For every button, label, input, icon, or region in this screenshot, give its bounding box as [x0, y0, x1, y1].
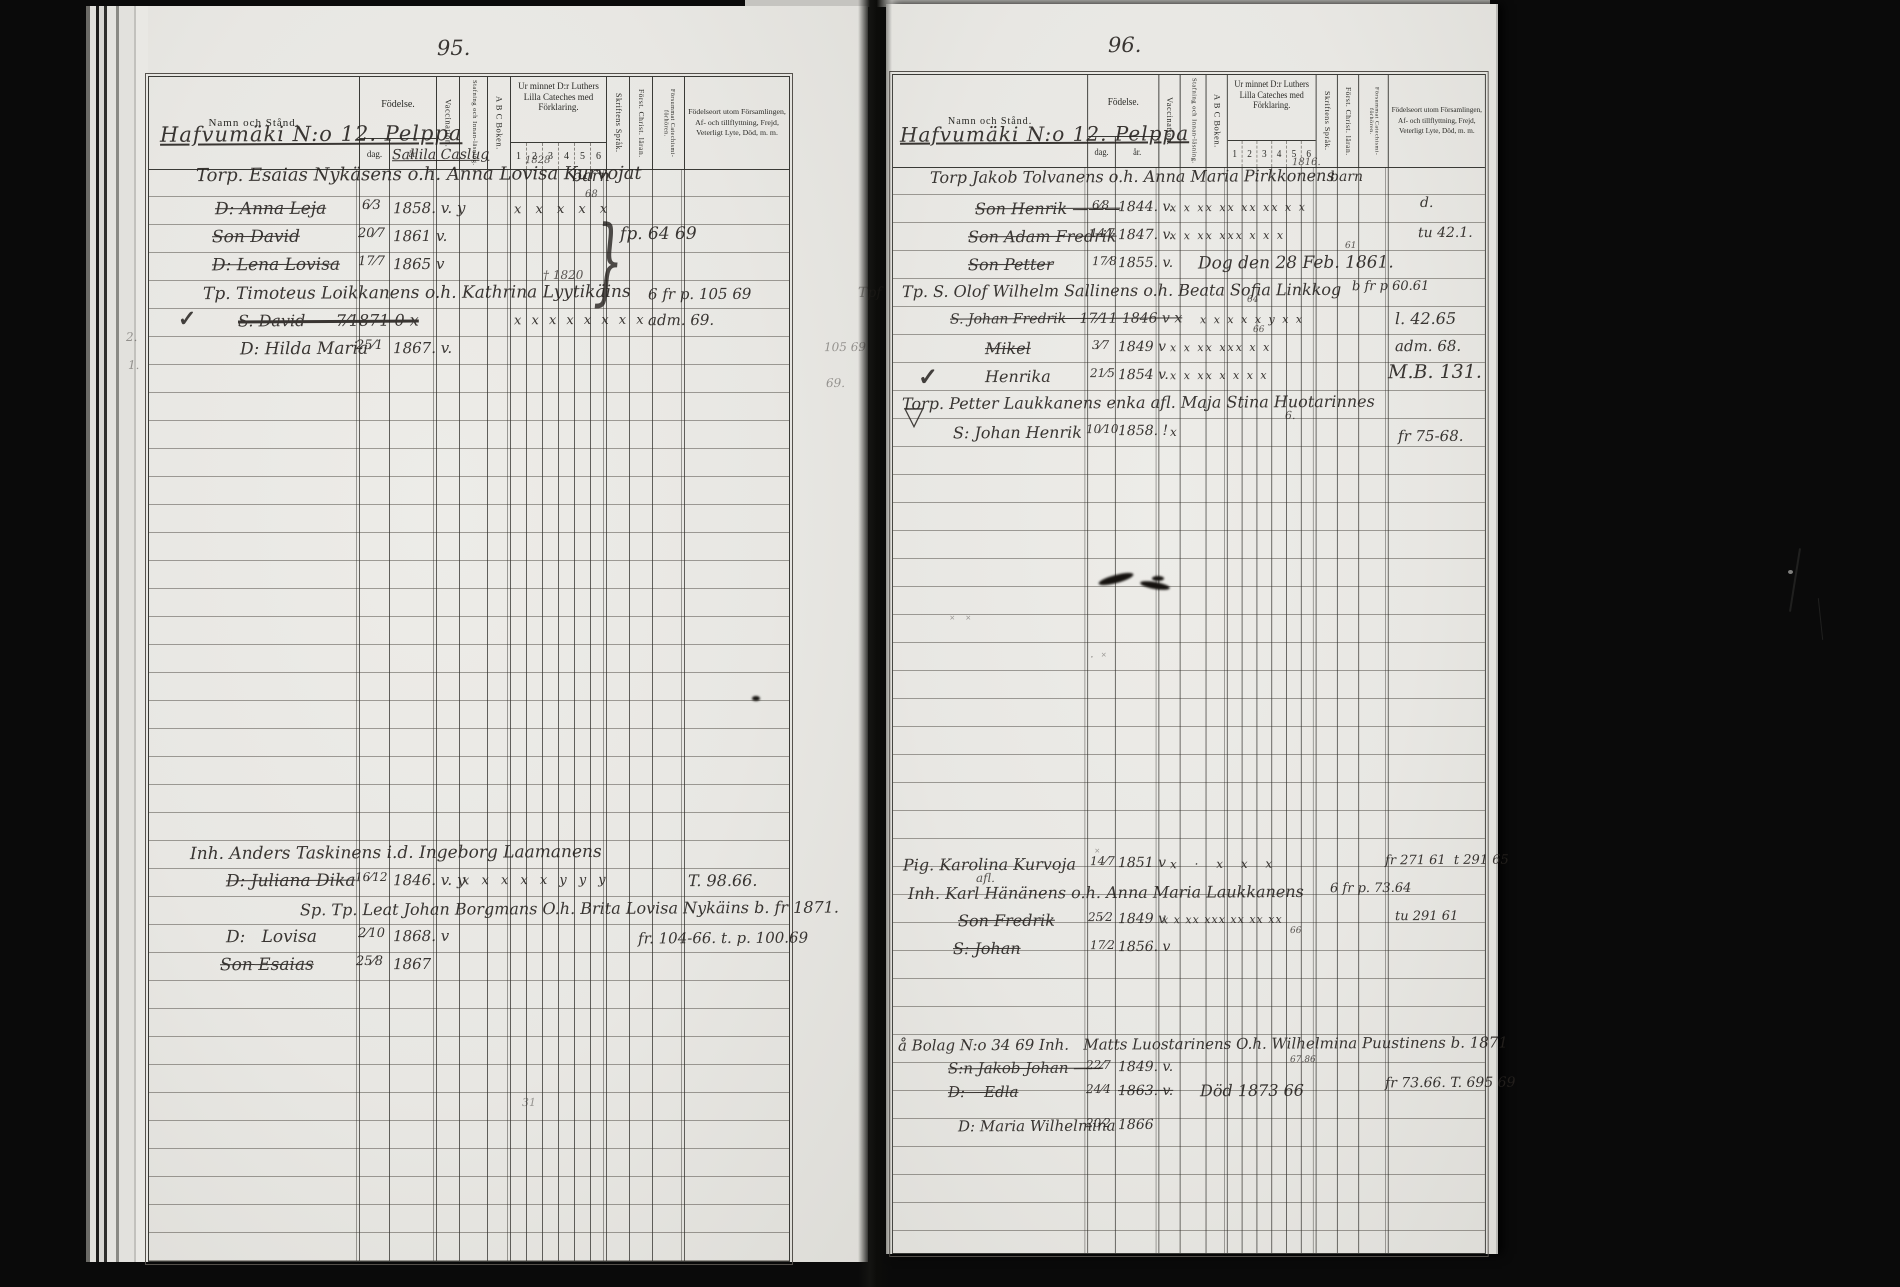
column-rule: [436, 169, 437, 1261]
column-rule: [652, 169, 653, 1261]
page-96: Namn och Stånd. Födelse. dag. år. Vaccin…: [886, 4, 1496, 1254]
col-header-script: Skriftens Språk.: [1316, 75, 1337, 167]
column-rule: [1337, 167, 1338, 1253]
column-rule: [684, 169, 685, 1261]
col-header-spelling: Stafning och Innan-läsning.: [1180, 75, 1206, 167]
table-header: Namn och Stånd. Födelse. dag. år. Vaccin…: [893, 75, 1485, 168]
col-header-name-label: Namn och Stånd.: [208, 117, 299, 129]
column-rule: [1115, 167, 1116, 1253]
column-rule: [542, 169, 543, 1261]
column-rule: [590, 169, 591, 1261]
col-header-missed: Försummat Catechismi-förhören.: [1358, 75, 1388, 167]
photo-scratch: [1818, 598, 1823, 640]
column-rule: [1286, 167, 1287, 1253]
page-95: Namn och Stånd. Födelse. dag. år. Vaccin…: [86, 6, 868, 1262]
column-rule: [1087, 167, 1088, 1253]
column-rule: [1180, 167, 1181, 1253]
col-header-spelling: Stafning och Innan-läsning.: [459, 77, 487, 169]
col-header-birth-year: år.: [1116, 137, 1159, 167]
col-header-abc: A B C Boken.: [1206, 75, 1227, 167]
col-header-vaccination: Vaccination.: [436, 77, 459, 169]
column-rule: [1158, 167, 1159, 1253]
col-header-name-label: Namn och Stånd.: [948, 115, 1032, 127]
col-header-catechism: Ur minnet D:r Luthers Lilla Cateches med…: [510, 77, 606, 169]
column-rule: [510, 169, 511, 1261]
col-header-notes: Födelseort utom Församlingen, Af- och ti…: [684, 77, 789, 169]
column-rule: [1256, 167, 1257, 1253]
column-rule: [606, 169, 607, 1261]
register-table-right: Namn och Stånd. Födelse. dag. år. Vaccin…: [892, 74, 1486, 1254]
col-header-name: Namn och Stånd.: [149, 77, 359, 169]
column-rule: [1227, 167, 1228, 1253]
col-header-birth-day: dag.: [360, 139, 390, 169]
table-body: [893, 167, 1485, 1253]
col-header-vaccination: Vaccination.: [1158, 75, 1179, 167]
column-rule: [1358, 167, 1359, 1253]
column-rule: [558, 169, 559, 1261]
photo-scratch: [1789, 548, 1801, 612]
column-rule: [574, 169, 575, 1261]
column-rule: [487, 169, 488, 1261]
column-rule: [1206, 167, 1207, 1253]
col-header-birth: Födelse. dag. år.: [359, 77, 436, 169]
col-header-birth-year: år.: [390, 139, 436, 169]
catechism-grade-columns: 1 2 3 4 5 6: [1228, 140, 1316, 167]
col-header-christian: Först. Christ. läran.: [1337, 75, 1358, 167]
column-rule: [1242, 167, 1243, 1253]
col-header-name: Namn och Stånd.: [893, 75, 1087, 167]
column-rule: [459, 169, 460, 1261]
book-page-stack-edge: [86, 6, 148, 1262]
col-header-birth-day: dag.: [1088, 137, 1116, 167]
col-header-missed: Försummat Catechismi-förhören.: [652, 77, 684, 169]
scanned-register-photo: Namn och Stånd. Födelse. dag. år. Vaccin…: [0, 0, 1900, 1287]
column-rule: [526, 169, 527, 1261]
table-body: [149, 169, 789, 1261]
column-rule: [389, 169, 390, 1261]
column-rule: [1316, 167, 1317, 1253]
column-rule: [629, 169, 630, 1261]
column-rule: [1301, 167, 1302, 1253]
col-header-birth: Födelse. dag. år.: [1087, 75, 1158, 167]
col-header-abc: A B C Boken.: [487, 77, 510, 169]
catechism-grade-columns: 1 2 3 4 5 6: [511, 142, 606, 169]
register-table-left: Namn och Stånd. Födelse. dag. år. Vaccin…: [148, 76, 790, 1262]
column-rule: [1271, 167, 1272, 1253]
column-rule: [1388, 167, 1389, 1253]
photo-speck: [1788, 570, 1793, 574]
table-header: Namn och Stånd. Födelse. dag. år. Vaccin…: [149, 77, 789, 170]
book-gutter-shadow: [858, 0, 892, 1287]
col-header-script: Skriftens Språk.: [606, 77, 629, 169]
col-header-notes: Födelseort utom Församlingen, Af- och ti…: [1388, 75, 1485, 167]
col-header-catechism: Ur minnet D:r Luthers Lilla Cateches med…: [1227, 75, 1316, 167]
column-rule: [359, 169, 360, 1261]
col-header-christian: Först. Christ. läran.: [629, 77, 652, 169]
